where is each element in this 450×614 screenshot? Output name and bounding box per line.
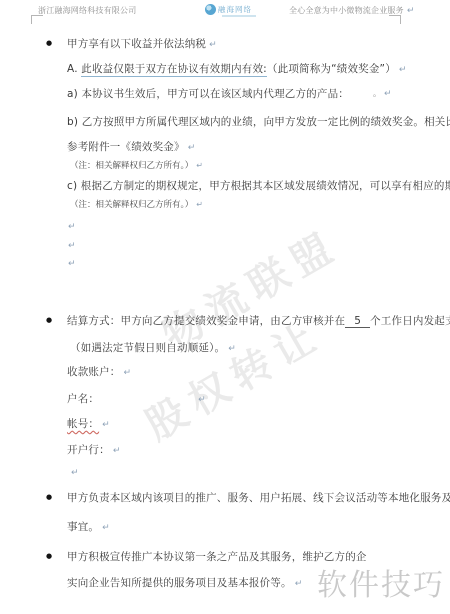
margin-crop-mark-left — [31, 15, 43, 24]
field-label: 收款账户： — [67, 366, 121, 378]
field-label-spellchecked: 帐号： — [67, 418, 99, 430]
paragraph-mark: ↵ — [295, 579, 303, 589]
paragraph-mark: ↵ — [209, 40, 217, 50]
clause-b-bonus: b) 乙方按照甲方所属代理区域内的业绩，向甲方发放一定比例的绩效奖金。相关比例 — [67, 114, 450, 129]
logo-text: 融海网络 — [218, 4, 252, 15]
paragraph-mark: ↵ — [198, 395, 206, 405]
clause-local-operations: 甲方负责本区域内该项目的推广、服务、用户拓展、线下会议活动等本地化服务及运营 — [67, 490, 450, 505]
field-bank-branch: 开户行：↵ — [67, 442, 121, 457]
paragraph-mark: ↵ — [113, 446, 121, 456]
clause-settlement: 结算方式：甲方向乙方提交绩效奖金申请，由乙方审核并在5个工作日内发起支付 — [67, 313, 450, 328]
empty-paragraph-mark: ↵ — [68, 241, 76, 251]
bullet-icon: ● — [46, 316, 52, 324]
clause-b-wrap: 参考附件一《绩效奖金》↵ — [67, 139, 195, 154]
document-page: 浙江融海网络科技有限公司 融海网络 全心全意为中小微物流企业服务↵ 物流联盟 股… — [0, 0, 450, 614]
clause-c-text: c) 根据乙方制定的期权规定，甲方根据其本区域发展绩效情况，可以享有相应的期权。 — [67, 180, 450, 192]
header-slogan-text: 全心全意为中小微物流企业服务 — [289, 6, 404, 15]
clause-b-text: b) 乙方按照甲方所属代理区域内的业绩，向甲方发放一定比例的绩效奖金。相关比例 — [67, 116, 450, 128]
promotion-wrap-text: 实向企业告知所提供的服务项目及基本报价等。 — [67, 577, 292, 589]
watermark-corner-brand: 软件技巧 — [317, 560, 445, 604]
paragraph-mark: ↵ — [399, 65, 407, 75]
local-operations-wrap-text: 事宜。 — [67, 521, 99, 533]
empty-paragraph-mark: ↵ — [68, 222, 76, 232]
paragraph-mark: ↵ — [102, 420, 110, 430]
settlement-days-value: 5 — [345, 315, 370, 328]
empty-paragraph-mark: ↵ — [71, 468, 79, 478]
paragraph-mark: ↵ — [196, 161, 203, 170]
settlement-text-before: 结算方式：甲方向乙方提交绩效奖金申请，由乙方审核并在 — [67, 315, 345, 327]
paragraph-mark: ↵ — [196, 200, 203, 209]
note-text: （注：相关解释权归乙方所有。） — [70, 161, 193, 171]
clause-a-validity: A. 此收益仅限于双方在协议有效期内有效:（此项简称为“绩效奖金”）↵ — [67, 61, 407, 76]
header-company-name: 浙江融海网络科技有限公司 — [38, 5, 136, 16]
clause-c-options: c) 根据乙方制定的期权规定，甲方根据其本区域发展绩效情况，可以享有相应的期权。… — [67, 178, 450, 193]
note-interpretation-2: （注：相关解释权归乙方所有。）↵ — [70, 198, 203, 210]
bullet-icon: ● — [46, 39, 52, 47]
logo-subtext-line — [222, 15, 256, 17]
field-account-number: 帐号：↵ — [67, 416, 110, 431]
field-label: 户名： — [67, 393, 99, 405]
settlement-text-after: 个工作日内发起支付 — [370, 315, 450, 327]
empty-paragraph-mark: ↵ — [68, 259, 76, 269]
clause-promotion-wrap: 实向企业告知所提供的服务项目及基本报价等。↵ — [67, 575, 302, 590]
margin-crop-mark-right — [389, 15, 401, 24]
paragraph-mark: ↵ — [102, 523, 110, 533]
company-logo: 融海网络 — [205, 4, 252, 15]
field-label: 开户行： — [67, 444, 110, 456]
field-account-holder: 户名：↵ — [67, 391, 206, 406]
bullet-icon: ● — [46, 552, 52, 560]
paragraph-mark: ↵ — [124, 368, 132, 378]
clause-a1-text: a) 本协议书生效后，甲方可以在该区域内代理乙方的产品： — [67, 88, 349, 100]
paragraph-mark: ↵ — [228, 344, 236, 354]
clause-a1-agency: a) 本协议书生效后，甲方可以在该区域内代理乙方的产品： — [67, 86, 349, 101]
field-receiving-account: 收款账户：↵ — [67, 364, 131, 379]
clause-a-rest: （此项简称为“绩效奖金”） — [267, 63, 396, 75]
period-mark: 。 — [373, 89, 381, 98]
clause-settlement-wrap: （如遇法定节假日则自动顺延）。↵ — [70, 340, 236, 355]
paragraph-mark: ↵ — [384, 89, 392, 99]
note-text: （注：相关解释权归乙方所有。） — [70, 200, 193, 210]
clause-income-tax-text: 甲方享有以下收益并依法纳税 — [67, 38, 206, 50]
clause-local-operations-wrap: 事宜。↵ — [67, 519, 110, 534]
clause-income-tax: 甲方享有以下收益并依法纳税↵ — [67, 36, 217, 51]
paragraph-mark: ↵ — [407, 6, 415, 16]
clause-a-underlined-text: 此收益仅限于双方在协议有效期内有效: — [81, 63, 267, 77]
settlement-holiday-note: （如遇法定节假日则自动顺延）。 — [70, 342, 225, 354]
note-interpretation-1: （注：相关解释权归乙方所有。）↵ — [70, 159, 203, 171]
clause-b-wrap-text: 参考附件一《绩效奖金》 — [67, 141, 185, 153]
line-end-marks: 。↵ — [373, 88, 392, 99]
local-operations-text: 甲方负责本区域内该项目的推广、服务、用户拓展、线下会议活动等本地化服务及运营 — [67, 492, 450, 504]
bullet-icon: ● — [46, 493, 52, 501]
logo-swirl-icon — [205, 4, 216, 15]
paragraph-mark: ↵ — [188, 143, 196, 153]
clause-a-prefix: A. — [67, 63, 81, 75]
